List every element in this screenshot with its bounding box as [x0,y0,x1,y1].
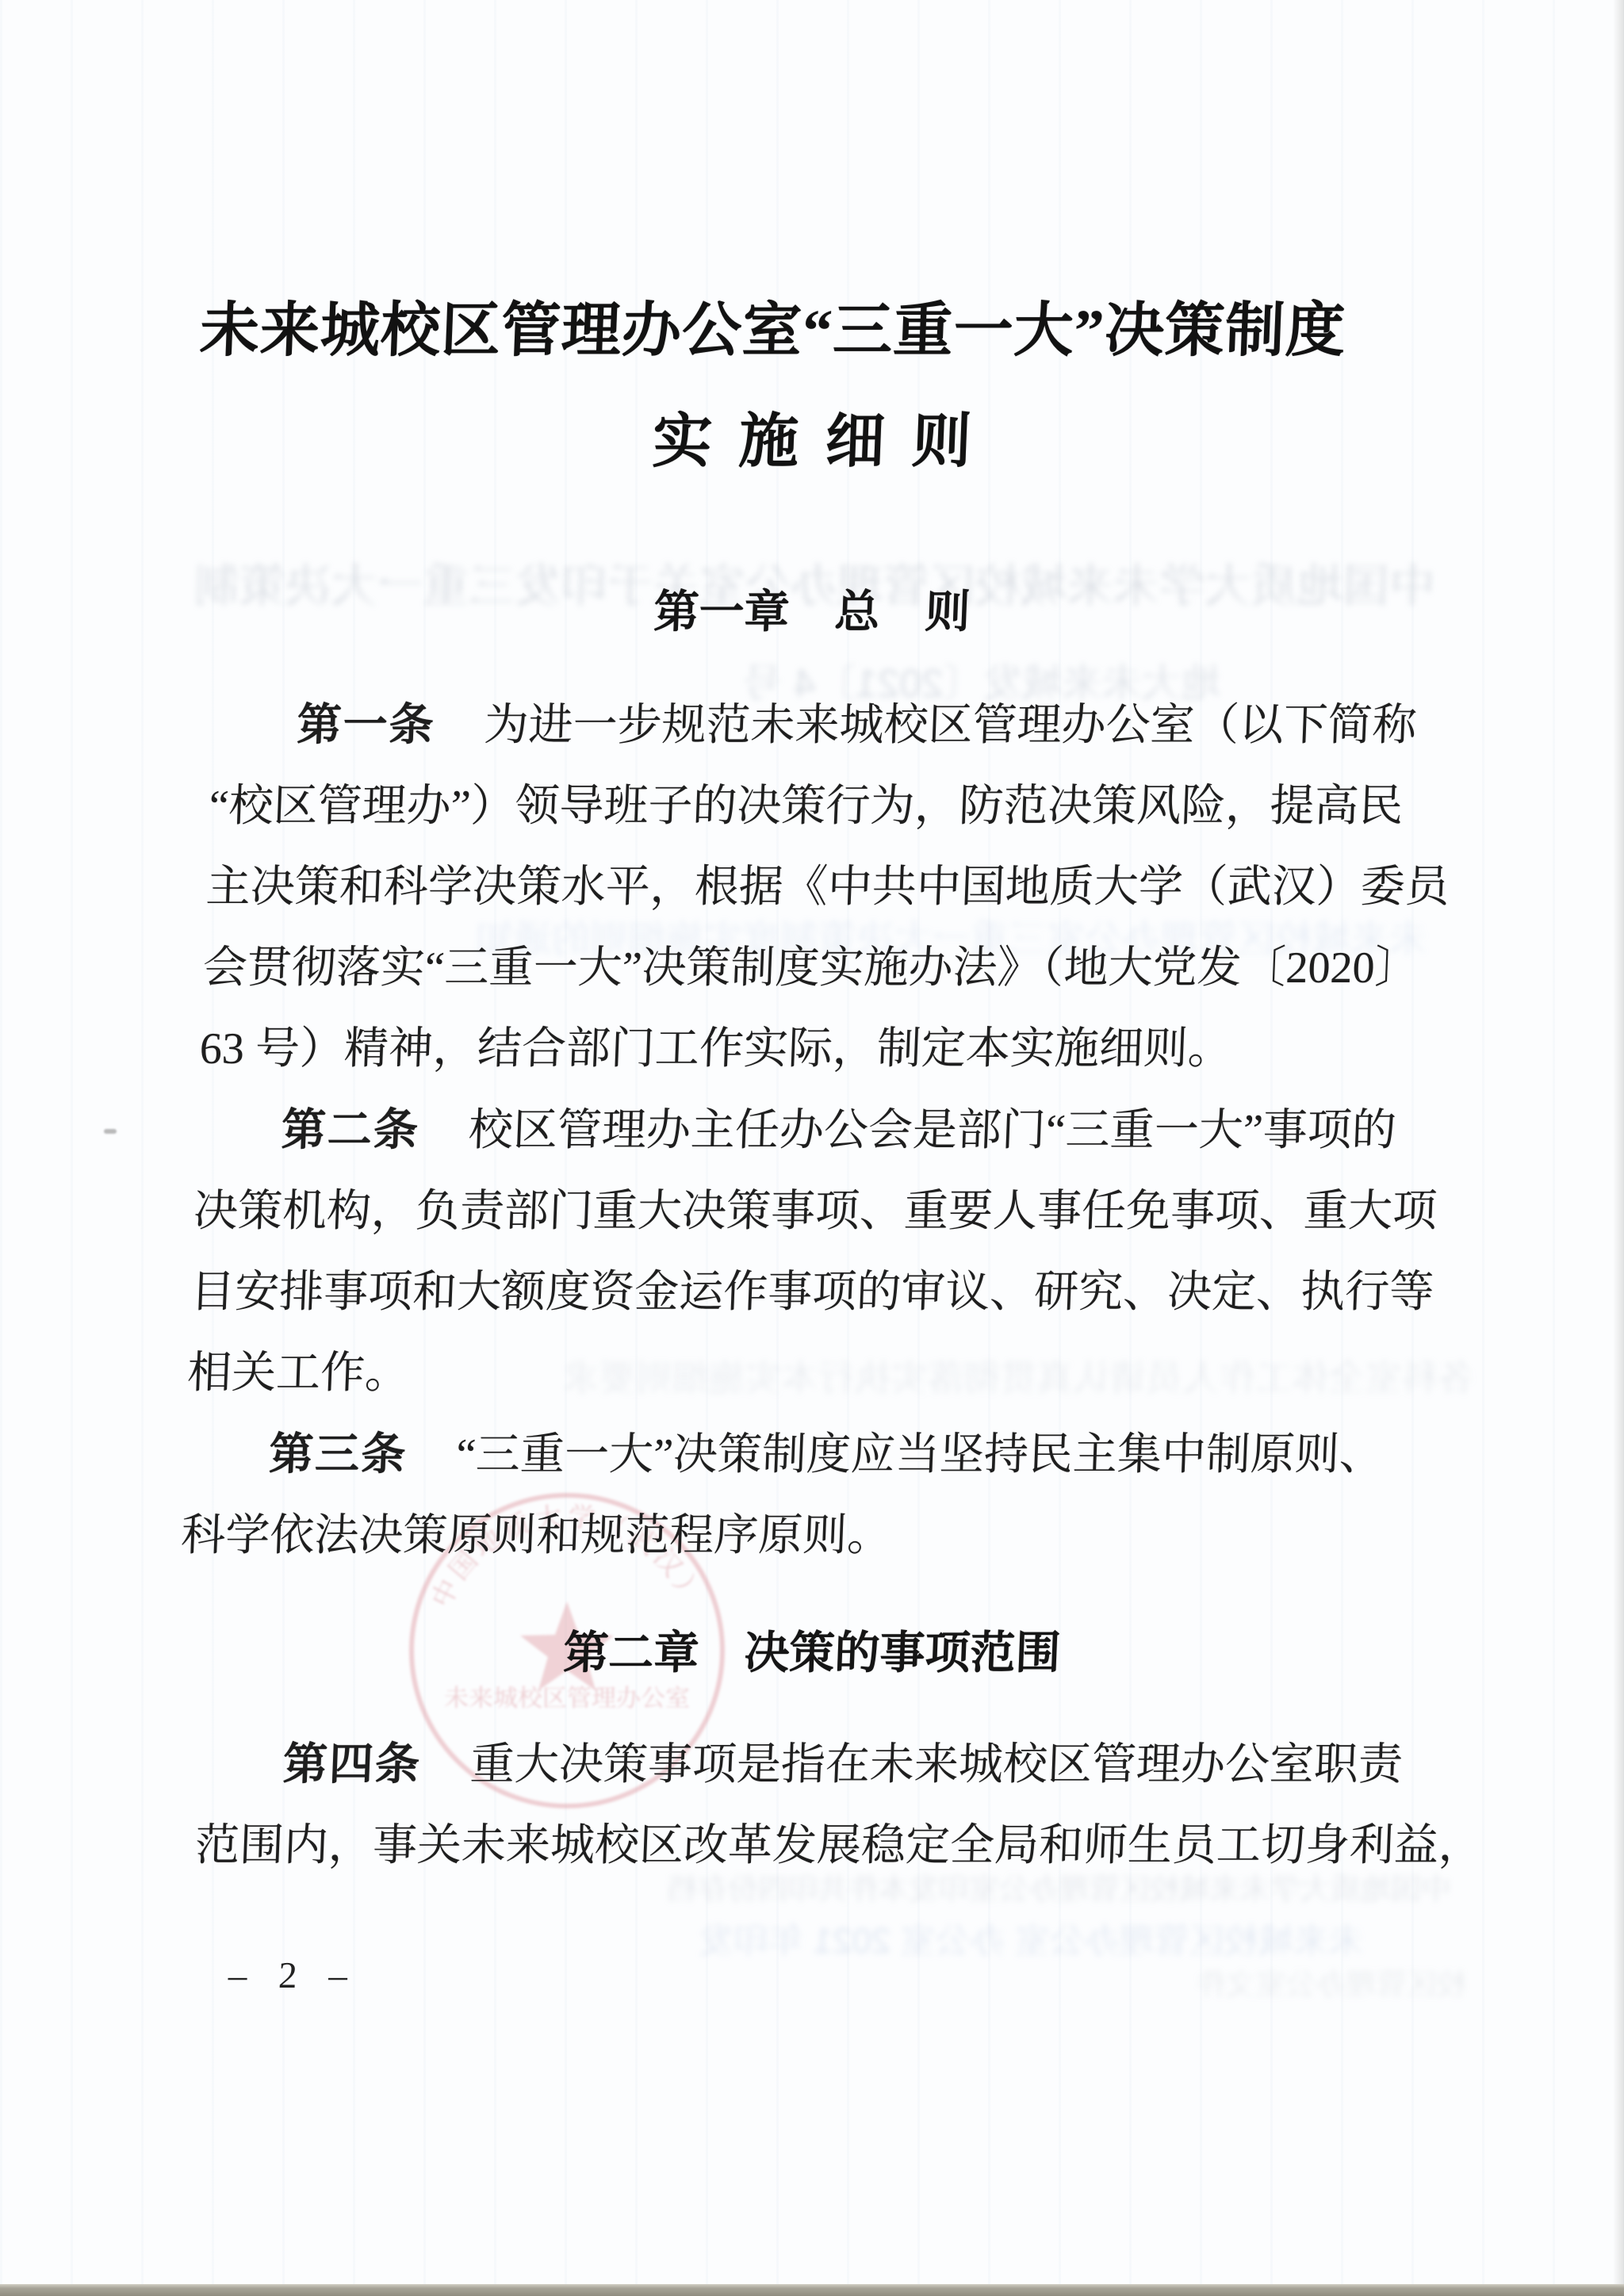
line-text: 主决策和科学决策水平，根据《中共中国地质大学（武汉）委员 [205,863,1450,912]
line-text: 63 号）精神，结合部门工作实际，制定本实施细则。 [199,1024,1233,1073]
scanned-document-page: 中国地质大学未来城校区管理办公室关于印发三重一大决策制度 地大未来城发〔2021… [0,0,1624,2296]
scan-edge-shadow [1613,0,1624,2296]
document-title-line2: 实施细则 [0,406,1624,479]
body-line: 范围内，事关未来城校区改革发展稳定全局和师生员工切身利益， [193,1805,1465,1886]
line-text: 为进一步规范未来城校区管理办公室（以下简称 [483,701,1417,750]
bleedthrough-row: 校区管理办公室文件 [554,1960,1468,2003]
seal-bottom-text: 未来城校区管理办公室 [444,1686,690,1712]
line-text: “校区管理办”）领导班子的决策行为，防范决策风险，提高民 [209,782,1404,831]
body-line: 第二条校区管理办主任办公会是部门“三重一大”事项的 [195,1089,1467,1171]
chapter-2-heading: 第二章 决策的事项范围 [0,1628,1624,1678]
body-line: 主决策和科学决策水平，根据《中共中国地质大学（武汉）委员 [205,847,1477,928]
body-line: “校区管理办”）领导班子的决策行为，防范决策风险，提高民 [208,766,1480,847]
line-text: 决策机构，负责部门重大决策事项、重要人事任免事项、重大项 [193,1187,1438,1236]
body-line: 63 号）精神，结合部门工作实际，制定本实施细则。 [198,1008,1470,1089]
clause-number-label: 第三条 [268,1429,408,1479]
scan-speck [104,1129,117,1134]
clause-number-label: 第四条 [282,1739,422,1789]
chapter-1-heading: 第一章 总 则 [0,587,1624,637]
body-line: 决策机构，负责部门重大决策事项、重要人事任免事项、重大项 [192,1171,1464,1252]
body-line: 目安排事项和大额度资金运作事项的审议、研究、决定、执行等 [189,1252,1461,1333]
line-text: 目安排事项和大额度资金运作事项的审议、研究、决定、执行等 [190,1268,1434,1317]
clause-number-label: 第一条 [296,699,435,749]
document-title-line1: 未来城校区管理办公室“三重一大”决策制度 [198,295,1470,368]
scanner-strip [0,2284,1624,2296]
body-line: 相关工作。 [186,1333,1457,1414]
body-line: 第三条“三重一大”决策制度应当坚持民主集中制原则、 [182,1414,1454,1495]
body-line: 会贯彻落实“三重一大”决策制度实施办法》（地大党发〔2020〕 [201,928,1473,1008]
line-text: 科学依法决策原则和规范程序原则。 [180,1511,892,1560]
line-text: “三重一大”决策制度应当坚持民主集中制原则、 [455,1430,1385,1479]
line-text: 会贯彻落实“三重一大”决策制度实施办法》（地大党发〔2020〕 [202,943,1420,993]
body-line: 第四条重大决策事项是指在未来城校区管理办公室职责 [197,1724,1469,1805]
clause-number-label: 第二条 [281,1104,420,1154]
body-line: 科学依法决策原则和规范程序原则。 [179,1495,1451,1576]
chapter-2-body: 第四条重大决策事项是指在未来城校区管理办公室职责范围内，事关未来城校区改革发展稳… [193,1724,1469,1886]
line-text: 重大决策事项是指在未来城校区管理办公室职责 [469,1740,1404,1789]
line-text: 校区管理办主任办公会是部门“三重一大”事项的 [468,1106,1397,1155]
line-text: 相关工作。 [186,1349,410,1398]
chapter-1-body: 第一条为进一步规范未来城校区管理办公室（以下简称“校区管理办”）领导班子的决策行… [179,684,1482,1576]
bleedthrough-row: 未来城校区管理办公室 办公室 2021 年印发 [205,1912,1365,1963]
page-number: – 2 – [228,1952,359,1999]
line-text: 范围内，事关未来城校区改革发展稳定全局和师生员工切身利益， [194,1821,1484,1870]
body-line: 第一条为进一步规范未来城校区管理办公室（以下简称 [211,684,1483,766]
